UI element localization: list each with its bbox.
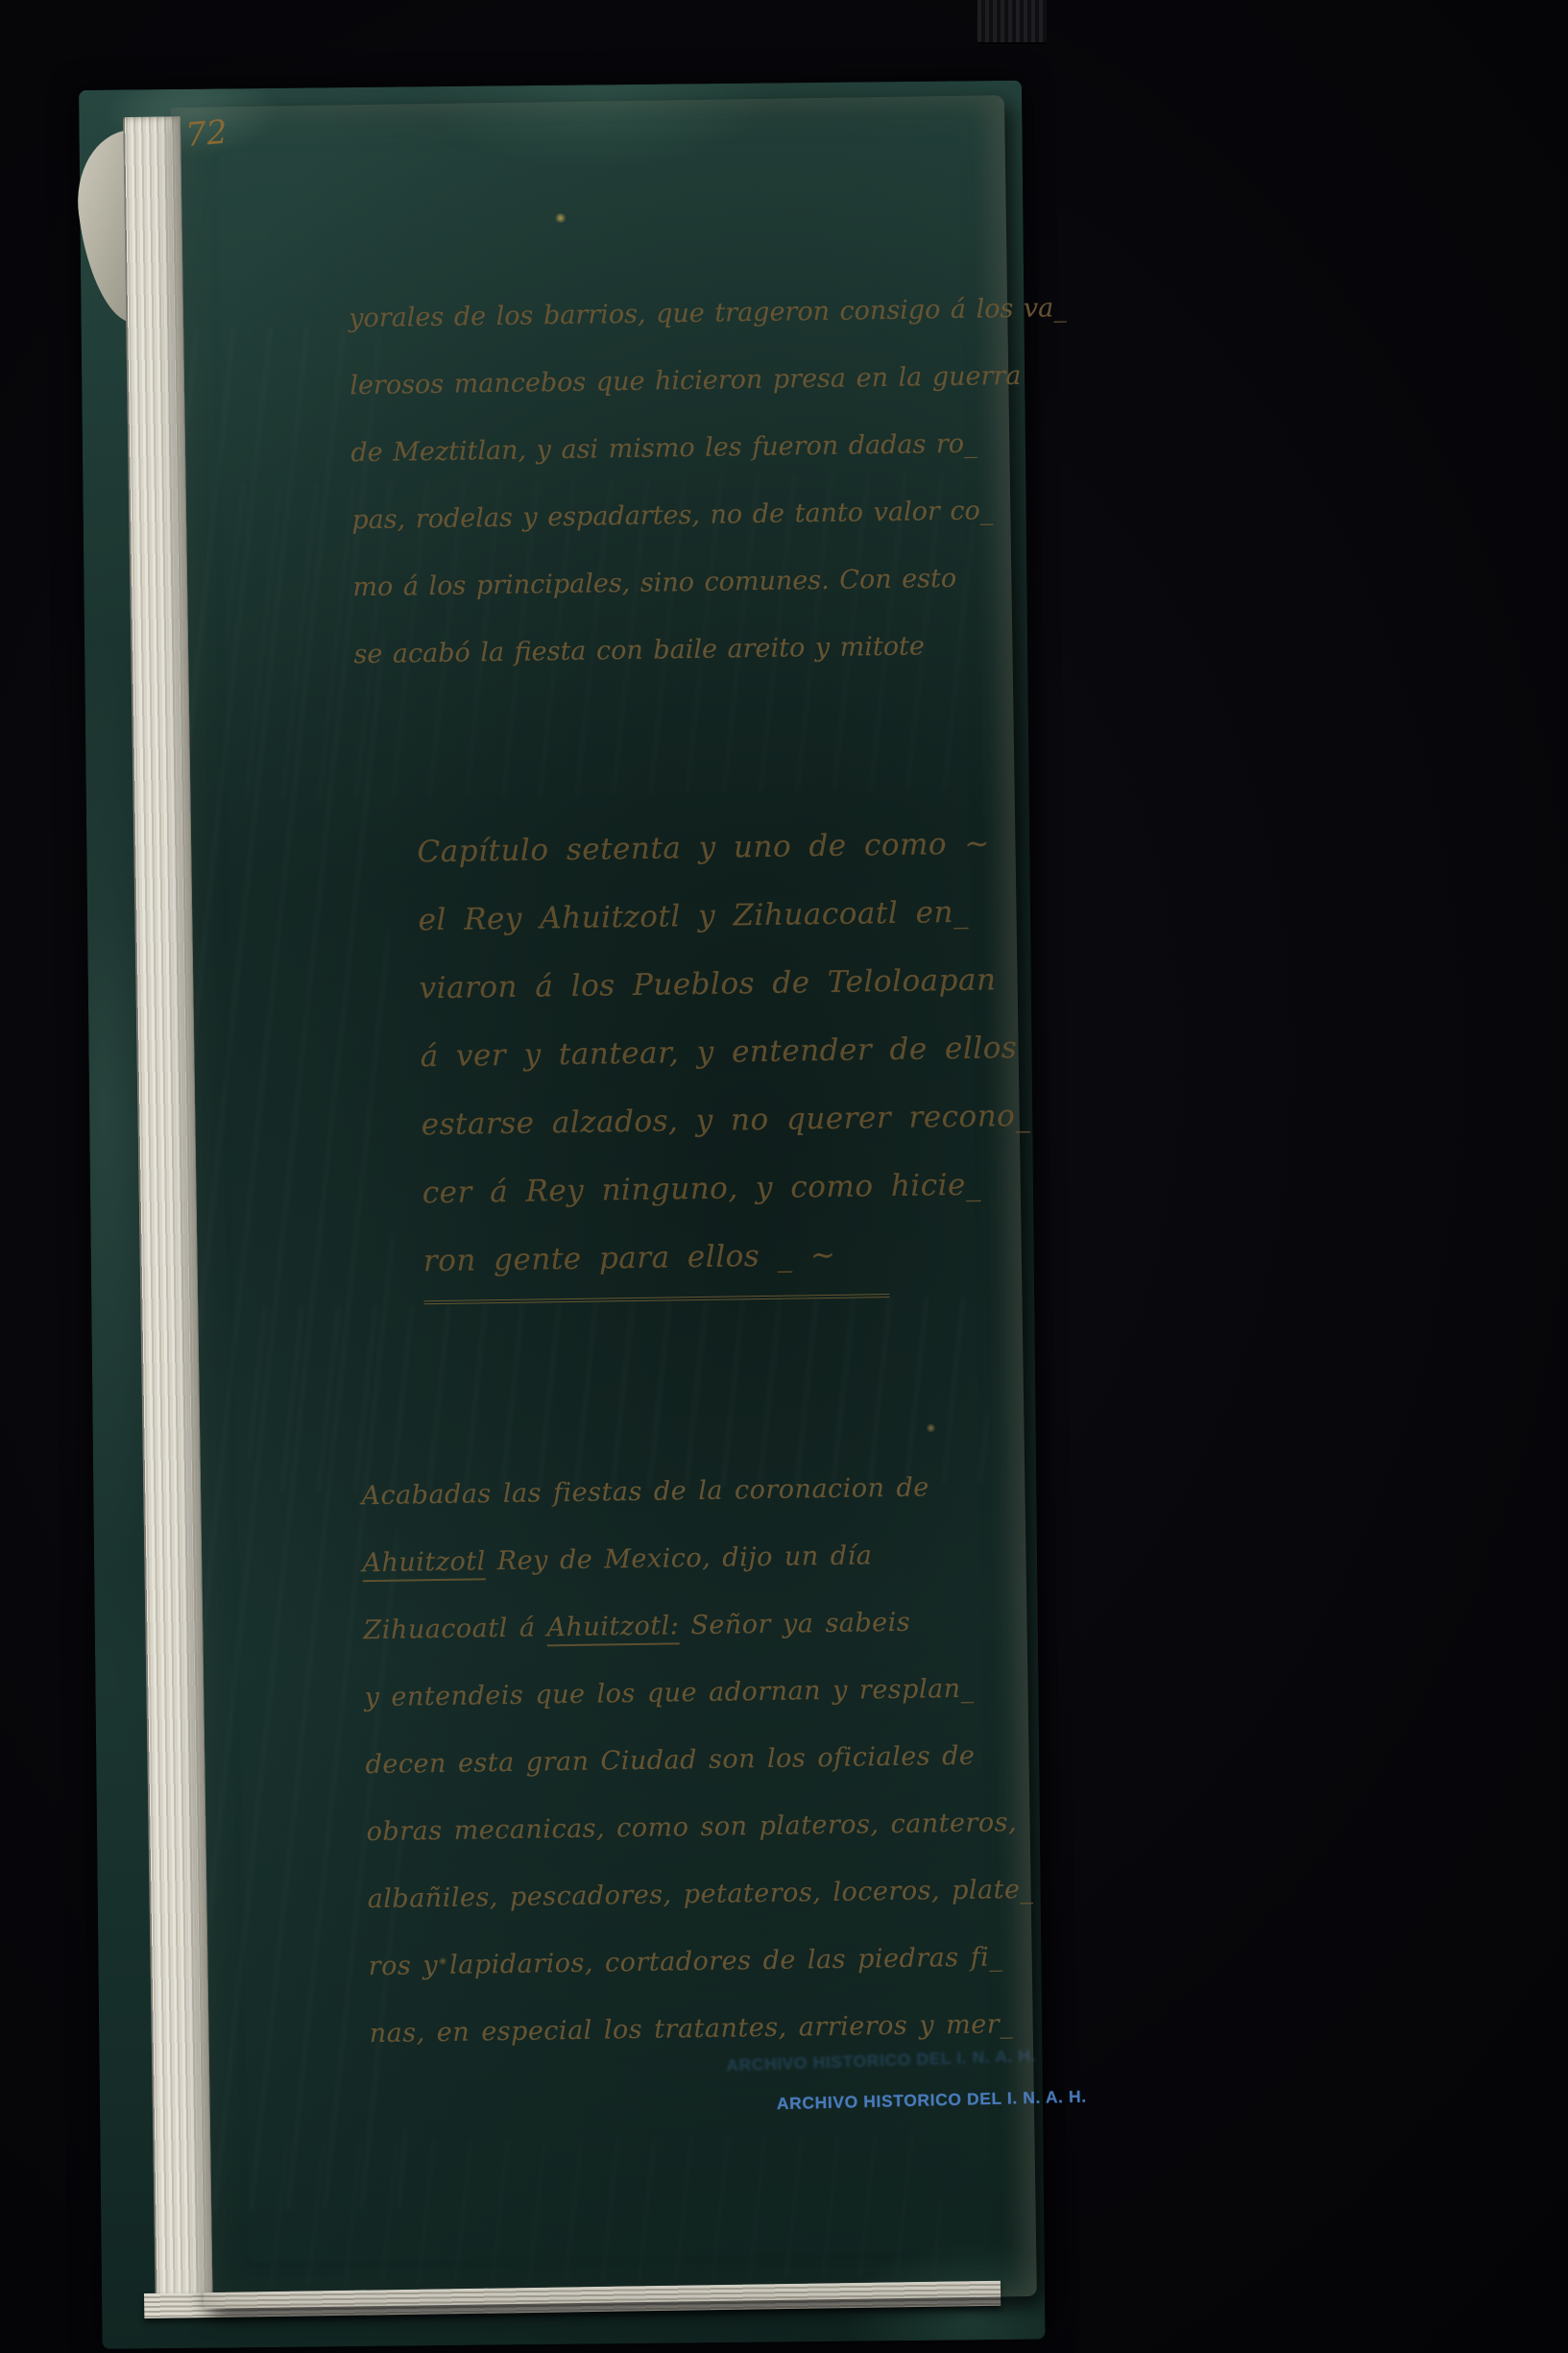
manuscript-line: Acabadas las fiestas de la coronacion de [361, 1453, 1028, 1530]
closing-paragraph: yorales de los barrios, que trageron con… [349, 275, 1073, 689]
manuscript-line: de Meztitlan, y asi mismo les fueron dad… [350, 409, 1070, 487]
manuscript-line: Zihuacoatl á Ahuitzotl: Señor ya sabeis [363, 1588, 1030, 1664]
heading-line: á ver y tantear, y entender de ellos [420, 1014, 1030, 1091]
line-text: Señor ya sabeis [679, 1608, 910, 1641]
line-text: Acabadas las fiestas de la coronacion de [361, 1472, 929, 1511]
manuscript-line: albañiles, pescadores, petateros, locero… [367, 1856, 1034, 1933]
line-text: y entendeis que los que adornan y respla… [364, 1674, 974, 1712]
manuscript-line: obras mecanicas, como son plateros, cant… [366, 1789, 1033, 1866]
underlined-heading-line: ron gente para ellos _ ~ [422, 1221, 889, 1304]
heading-line: ron gente para ellos _ ~ [422, 1219, 1033, 1304]
heading-line: cer á Rey ninguno, y como hicie_ [422, 1151, 1032, 1227]
heading-line: el Rey Ahuitzotl y Zihuacoatl en_ [418, 878, 1028, 955]
heading-line: estarse alzados, y no querer recono_ [421, 1082, 1031, 1159]
bleed-through-lower [268, 2132, 942, 2286]
manuscript-line: yorales de los barrios, que trageron con… [349, 275, 1068, 352]
binding-strap [977, 0, 1047, 44]
heading-line: Capítulo setenta y uno de como ~ [417, 810, 1027, 886]
manuscript-line: ros y lapidarios, cortadores de las pied… [368, 1924, 1035, 2001]
line-text: decen esta gran Ciudad son los oficiales… [365, 1741, 975, 1780]
line-text: albañiles, pescadores, petateros, locero… [367, 1875, 1033, 1914]
manuscript-page: 72 yorales de los barrios, que trageron … [171, 95, 1037, 2309]
manuscript-line: decen esta gran Ciudad son los oficiales… [365, 1722, 1032, 1799]
manuscript-line: Ahuitzotl Rey de Mexico, dijo un día [362, 1520, 1029, 1597]
chapter-heading: Capítulo setenta y uno de como ~ el Rey … [417, 810, 1033, 1304]
manuscript-line: pas, rodelas y espadartes, no de tanto v… [351, 476, 1071, 554]
folio-number: 72 [184, 113, 229, 156]
underlined-word: Ahuitzotl [362, 1546, 486, 1582]
line-text: Rey de Mexico, dijo un día [485, 1540, 872, 1576]
underlined-word: Ahuitzotl: [546, 1611, 679, 1646]
line-text: ros y lapidarios, cortadores de las pied… [369, 1942, 1003, 1981]
paper-stain [926, 1423, 935, 1432]
line-text: Zihuacoatl á [363, 1613, 546, 1645]
line-text: obras mecanicas, como son plateros, cant… [366, 1807, 1017, 1847]
manuscript-line: se acabó la fiesta con baile areito y mi… [353, 611, 1073, 689]
manuscript-line: lerosos mancebos que hicieron presa en l… [350, 342, 1069, 420]
heading-line: viaron á los Pueblos de Teloloapan [419, 946, 1029, 1023]
line-text: nas, en especial los tratantes, arrieros… [370, 2009, 1014, 2049]
paper-stain [555, 213, 567, 223]
manuscript-line: mo á los principales, sino comunes. Con … [352, 544, 1072, 621]
manuscript-photo: 72 yorales de los barrios, que trageron … [0, 0, 1568, 2353]
body-paragraph: Acabadas las fiestas de la coronacion de… [361, 1453, 1036, 2068]
manuscript-line: y entendeis que los que adornan y respla… [364, 1655, 1031, 1732]
